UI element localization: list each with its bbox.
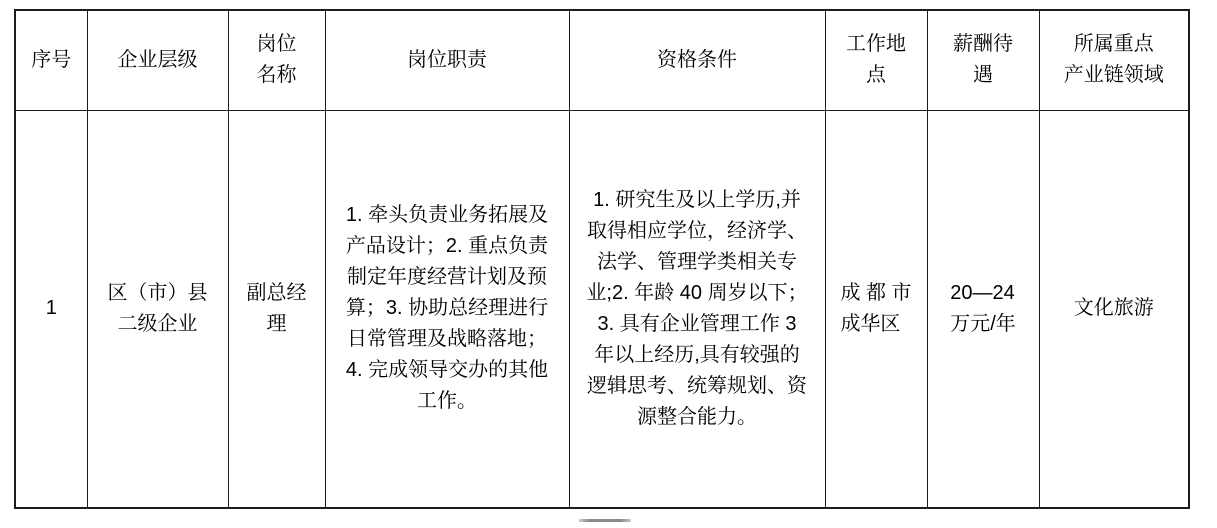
cell-qualifications: 1. 研究生及以上学历,并 取得相应学位，经济学、 法学、管理学类相关专 业;2… [569, 110, 825, 508]
header-company-level: 企业层级 [87, 10, 228, 110]
cell-position-name: 副总经 理 [228, 110, 325, 508]
job-posting-table: 序号 企业层级 岗位 名称 岗位职责 资格条件 工作地 点 薪酬待 遇 所属重点… [14, 9, 1190, 509]
cell-industry: 文化旅游 [1039, 110, 1189, 508]
table-header-row: 序号 企业层级 岗位 名称 岗位职责 资格条件 工作地 点 薪酬待 遇 所属重点… [15, 10, 1189, 110]
header-qualifications: 资格条件 [569, 10, 825, 110]
cell-salary: 20—24 万元/年 [927, 110, 1039, 508]
cell-company-level: 区（市）县 二级企业 [87, 110, 228, 508]
cell-location: 成 都 市 成华区 [825, 110, 927, 508]
header-responsibilities: 岗位职责 [325, 10, 569, 110]
header-position-name: 岗位 名称 [228, 10, 325, 110]
table-row: 1 区（市）县 二级企业 副总经 理 1. 牵头负责业务拓展及 产品设计；2. … [15, 110, 1189, 508]
header-location: 工作地 点 [825, 10, 927, 110]
location-text: 成 都 市 成华区 [840, 278, 911, 340]
bottom-gray-indicator-bar [579, 519, 631, 522]
cell-responsibilities: 1. 牵头负责业务拓展及 产品设计；2. 重点负责 制定年度经营计划及预 算；3… [325, 110, 569, 508]
cell-index: 1 [15, 110, 87, 508]
header-index: 序号 [15, 10, 87, 110]
document-page: 序号 企业层级 岗位 名称 岗位职责 资格条件 工作地 点 薪酬待 遇 所属重点… [0, 0, 1217, 528]
salary-text: 20—24 万元/年 [950, 278, 1016, 340]
header-salary: 薪酬待 遇 [927, 10, 1039, 110]
header-industry: 所属重点 产业链领域 [1039, 10, 1189, 110]
